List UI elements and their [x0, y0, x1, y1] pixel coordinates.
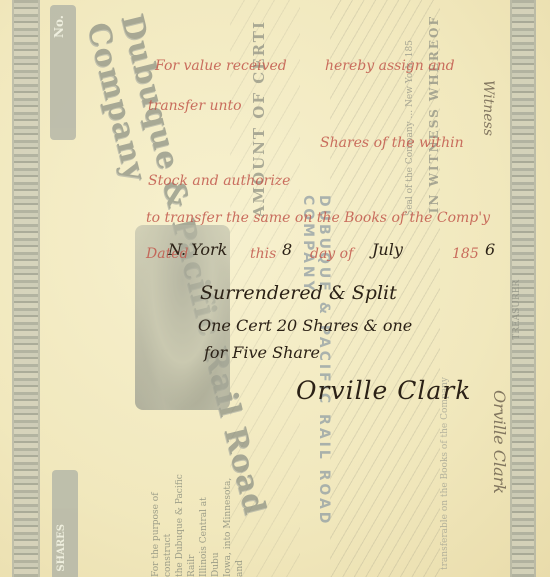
form-line4: Stock and authorize	[148, 173, 290, 189]
day-of-label: day of	[310, 246, 353, 262]
shares-panel: SHARES	[52, 470, 78, 577]
handwritten-month: July	[372, 240, 403, 259]
shares-label: SHARES	[56, 524, 67, 572]
margin-signature: Orville Clark	[490, 390, 509, 494]
note-line3: for Five Share	[204, 343, 320, 362]
certificate-number-panel: No.	[50, 5, 76, 140]
handwritten-day: 8	[282, 240, 292, 259]
form-line3: Shares of the within	[320, 135, 464, 151]
form-line2: transfer unto	[148, 98, 242, 114]
top-right-scribble: Witness	[480, 80, 496, 136]
form-line5: to transfer the same on the Books of the…	[146, 210, 490, 226]
handwritten-year-digit: 6	[485, 240, 495, 259]
form-line1-left: For value received	[155, 58, 287, 74]
number-label: No.	[52, 15, 66, 38]
note-line2: One Cert 20 Shares & one	[198, 316, 412, 335]
year-prefix: 185	[452, 246, 479, 262]
handwritten-place: N. York	[168, 240, 227, 259]
form-line1-right: hereby assign and	[325, 58, 455, 74]
note-line1: Surrendered & Split	[200, 282, 397, 304]
left-ornate-border	[12, 0, 40, 577]
this-label: this	[250, 246, 276, 262]
treasurer-label: TREASURER	[512, 280, 522, 340]
stock-certificate: No. SHARES Dubuque & Pacific Rail Road C…	[0, 0, 550, 577]
mid-right-printed-band: transferable on the Books of the Company	[440, 300, 450, 570]
signature-orville-clark: Orville Clark	[296, 376, 471, 405]
right-printed-band: IN WITNESS WHEREOF	[427, 15, 441, 213]
